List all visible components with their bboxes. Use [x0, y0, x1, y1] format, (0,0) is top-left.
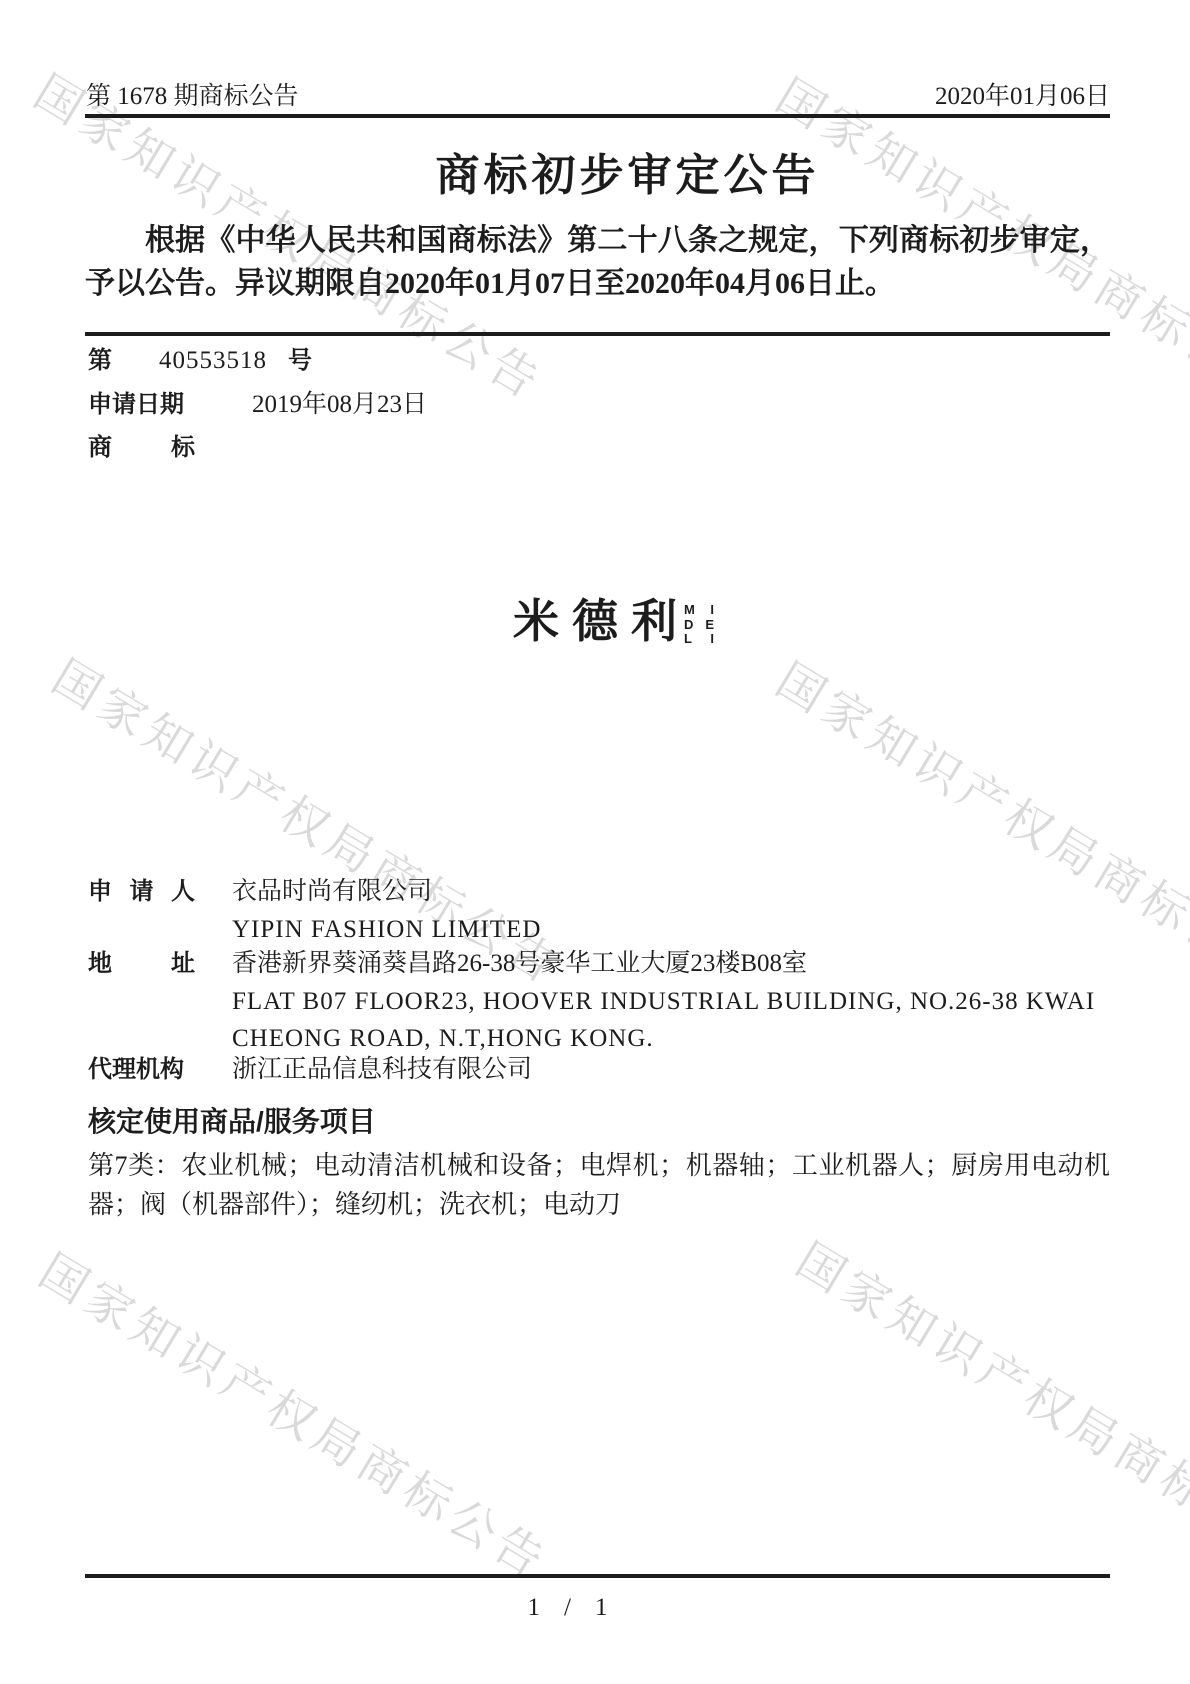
page-title: 商标初步审定公告 [85, 139, 1110, 203]
agent-label: 代理机构 [88, 1055, 184, 1085]
section-rule [85, 332, 1110, 336]
logo-letter: M [684, 603, 695, 616]
issue-number: 第 1678 期商标公告 [86, 76, 299, 112]
registration-number: 40553518 [159, 346, 267, 376]
footer-rule [85, 1574, 1110, 1578]
applicant-name-row: 申 请 人 衣品时尚有限公司 [0, 877, 1190, 909]
trademark-field-label: 商 标 [88, 433, 195, 463]
logo-letter: I [710, 603, 714, 616]
page-current: 1 [528, 1594, 541, 1622]
application-date-row: 申请日期 2019年08月23日 [0, 390, 1190, 422]
publication-date: 2020年01月06日 [840, 76, 1110, 112]
header-rule [85, 114, 1110, 118]
trademark-logo: 米德利 M I D E L I [513, 598, 714, 645]
applicant-name-en: YIPIN FASHION LIMITED [232, 915, 541, 945]
logo-letter: L [684, 632, 692, 645]
registration-number-row: 第 40553518 号 [0, 346, 1190, 378]
logo-letter: D [684, 618, 693, 631]
trademark-logo-latin-row: M I [684, 603, 714, 616]
trademark-logo-latin: M I D E L I [684, 603, 714, 645]
applicant-address-en-row-2: CHEONG ROAD, N.T,HONG KONG. [0, 1024, 1190, 1056]
applicant-address-en-line2: CHEONG ROAD, N.T,HONG KONG. [232, 1024, 654, 1054]
watermark-text: 国家知识产权局商标公告 [28, 1235, 562, 1593]
applicant-address-row: 地 址 香港新界葵涌葵昌路26-38号豪华工业大厦23楼B08室 [0, 949, 1190, 981]
applicant-address-cn: 香港新界葵涌葵昌路26-38号豪华工业大厦23楼B08室 [232, 949, 807, 979]
applicant-address-en-line1: FLAT B07 FLOOR23, HOOVER INDUSTRIAL BUIL… [232, 987, 1095, 1017]
page-total: 1 [595, 1594, 608, 1622]
page-separator: / [564, 1594, 571, 1622]
application-date-label: 申请日期 [88, 390, 184, 420]
goods-text: 第7类：农业机械；电动清洁机械和设备；电焊机；机器轴；工业机器人；厨房用电动机器… [88, 1146, 1110, 1224]
agent-row: 代理机构 浙江正品信息科技有限公司 [0, 1055, 1190, 1087]
page-number: 1 / 1 [55, 1594, 1080, 1622]
trademark-field-row: 商 标 [0, 433, 1190, 465]
logo-letter: I [710, 632, 714, 645]
watermark-text: 国家知识产权局商标公告 [785, 1224, 1190, 1582]
gazette-page: 国家知识产权局商标公告 国家知识产权局商标公告 国家知识产权局商标公告 国家知识… [0, 0, 1190, 1684]
trademark-logo-latin-row: D E [684, 618, 714, 631]
applicant-name-en-row: YIPIN FASHION LIMITED [0, 915, 1190, 947]
registration-prefix-label: 第 [88, 346, 112, 376]
applicant-address-en-row-1: FLAT B07 FLOOR23, HOOVER INDUSTRIAL BUIL… [0, 987, 1190, 1019]
registration-suffix-label: 号 [288, 346, 312, 376]
application-date-value: 2019年08月23日 [252, 390, 427, 420]
agent-name: 浙江正品信息科技有限公司 [232, 1055, 532, 1085]
trademark-logo-latin-row: L I [684, 632, 714, 645]
applicant-address-label: 地 址 [88, 949, 195, 979]
goods-heading: 核定使用商品/服务项目 [88, 1100, 376, 1140]
applicant-name-cn: 衣品时尚有限公司 [232, 877, 432, 907]
logo-letter: E [705, 618, 714, 631]
applicant-name-label: 申 请 人 [88, 877, 195, 907]
notice-paragraph: 根据《中华人民共和国商标法》第二十八条之规定，下列商标初步审定，予以公告。异议期… [85, 219, 1110, 305]
trademark-logo-cjk: 米德利 [513, 598, 690, 644]
